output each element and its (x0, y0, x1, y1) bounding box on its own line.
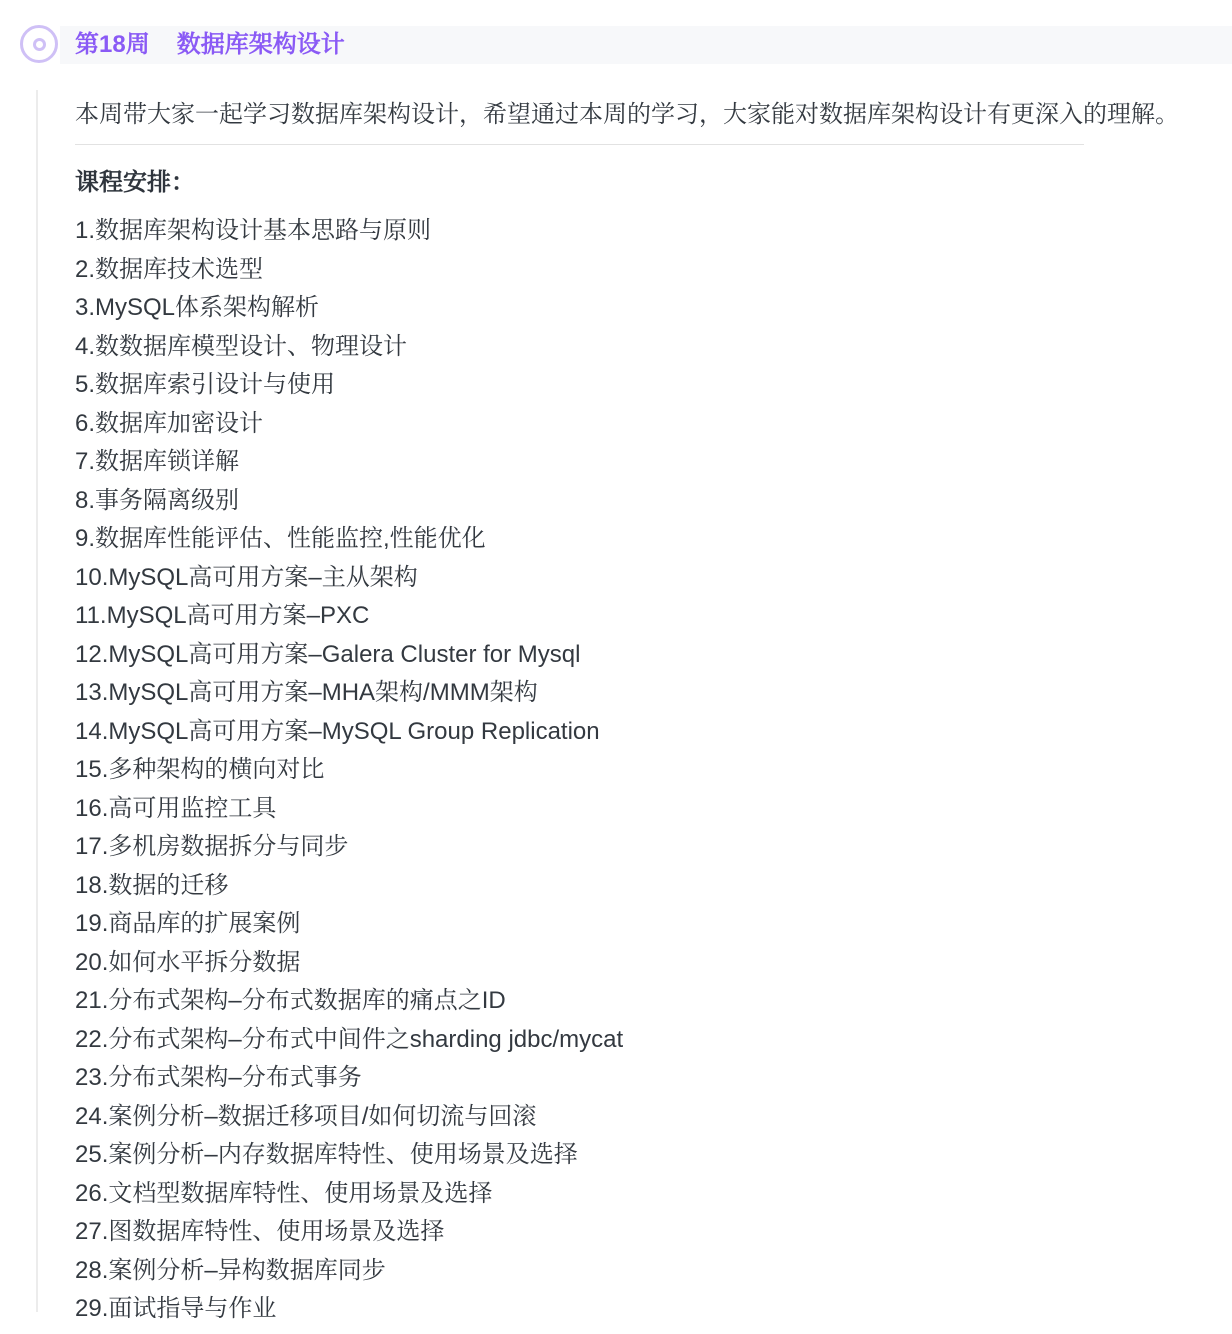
course-item: 18.数据的迁移 (75, 867, 1195, 906)
course-item: 23.分布式架构–分布式事务 (75, 1059, 1195, 1098)
course-item: 13.MySQL高可用方案–MHA架构/MMM架构 (75, 674, 1195, 713)
course-item: 29.面试指导与作业 (75, 1290, 1195, 1329)
course-item: 20.如何水平拆分数据 (75, 944, 1195, 983)
course-item: 10.MySQL高可用方案–主从架构 (75, 559, 1195, 598)
course-list: 1.数据库架构设计基本思路与原则2.数据库技术选型3.MySQL体系架构解析4.… (75, 212, 1195, 1329)
course-item: 27.图数据库特性、使用场景及选择 (75, 1213, 1195, 1252)
course-item: 12.MySQL高可用方案–Galera Cluster for Mysql (75, 636, 1195, 675)
course-item: 3.MySQL体系架构解析 (75, 289, 1195, 328)
course-item: 17.多机房数据拆分与同步 (75, 828, 1195, 867)
course-item: 4.数数据库模型设计、物理设计 (75, 328, 1195, 367)
course-item: 8.事务隔离级别 (75, 482, 1195, 521)
course-item: 21.分布式架构–分布式数据库的痛点之ID (75, 982, 1195, 1021)
timeline-vertical-line (36, 90, 38, 1312)
week-label: 第18周 (75, 26, 150, 64)
week-title: 数据库架构设计 (177, 26, 345, 64)
course-item: 26.文档型数据库特性、使用场景及选择 (75, 1175, 1195, 1214)
bullseye-inner-dot-icon (33, 38, 46, 51)
week-intro-text: 本周带大家一起学习数据库架构设计，希望通过本周的学习，大家能对数据库架构设计有更… (75, 96, 1195, 134)
course-item: 11.MySQL高可用方案–PXC (75, 597, 1195, 636)
course-item: 5.数据库索引设计与使用 (75, 366, 1195, 405)
bullseye-week-marker-icon (20, 25, 58, 63)
course-item: 2.数据库技术选型 (75, 251, 1195, 290)
course-item: 28.案例分析–异构数据库同步 (75, 1252, 1195, 1291)
course-item: 7.数据库锁详解 (75, 443, 1195, 482)
course-item: 24.案例分析–数据迁移项目/如何切流与回滚 (75, 1098, 1195, 1137)
horizontal-divider (75, 144, 1084, 145)
course-item: 1.数据库架构设计基本思路与原则 (75, 212, 1195, 251)
course-week-page: 第18周 数据库架构设计 本周带大家一起学习数据库架构设计，希望通过本周的学习，… (0, 0, 1232, 1334)
week-header-band: 第18周 数据库架构设计 (60, 26, 1232, 64)
course-item: 25.案例分析–内存数据库特性、使用场景及选择 (75, 1136, 1195, 1175)
course-item: 16.高可用监控工具 (75, 790, 1195, 829)
course-item: 6.数据库加密设计 (75, 405, 1195, 444)
course-item: 9.数据库性能评估、性能监控,性能优化 (75, 520, 1195, 559)
schedule-heading: 课程安排： (75, 164, 195, 202)
course-item: 14.MySQL高可用方案–MySQL Group Replication (75, 713, 1195, 752)
course-item: 22.分布式架构–分布式中间件之sharding jdbc/mycat (75, 1021, 1195, 1060)
course-item: 19.商品库的扩展案例 (75, 905, 1195, 944)
course-item: 15.多种架构的横向对比 (75, 751, 1195, 790)
